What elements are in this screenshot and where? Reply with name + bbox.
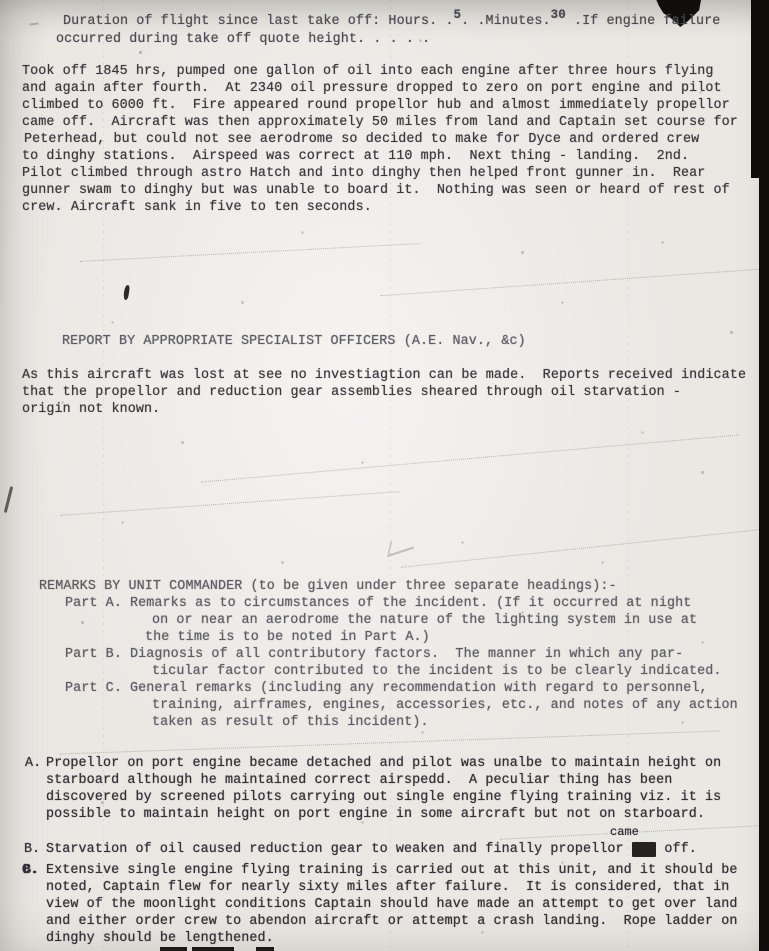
inserted-correction-word: came — [610, 825, 639, 839]
scan-bottom-mark — [192, 947, 234, 951]
finding-b-text: off. — [656, 842, 697, 857]
pencil-tick-mark — [28, 15, 38, 25]
part-a-label: Part A. — [65, 595, 122, 612]
flight-duration-line-2: occurred during take off quote height. .… — [56, 31, 430, 48]
part-c-line: General remarks (including any recommend… — [130, 680, 708, 697]
scan-scratch — [60, 491, 399, 516]
part-a-line: on or near an aerodrome the nature of th… — [152, 612, 697, 629]
ink-blot — [123, 285, 130, 301]
part-b-line: ticular factor contributed to the incide… — [152, 663, 722, 680]
finding-a-line: Propellor on port engine became detached… — [46, 755, 721, 772]
unit-commander-heading: REMARKS BY UNIT COMMANDER (to be given u… — [39, 578, 617, 595]
finding-c-line: noted, Captain flew for nearly sixty mil… — [46, 879, 729, 896]
finding-a-line: discovered by screened pilots carrying o… — [46, 789, 721, 806]
scanned-document-page: Duration of flight since last take off: … — [0, 0, 769, 951]
narrative-line: Peterhead, but could not see aerodrome s… — [24, 131, 699, 148]
scan-edge-bar-top — [751, 0, 759, 178]
part-c-line: taken as result of this incident). — [152, 714, 429, 731]
part-a-line: Remarks as to circumstances of the incid… — [130, 595, 691, 612]
part-a-line: the time is to be noted in Part A.) — [145, 629, 430, 646]
finding-b-line: Starvation of oil caused reduction gear … — [46, 841, 697, 858]
flight-duration-line-1: Duration of flight since last take off: … — [63, 13, 720, 30]
part-b-line: Diagnosis of all contributory factors. T… — [130, 646, 683, 663]
narrative-line: gunner swam to dinghy but was unable to … — [22, 182, 730, 199]
scan-noise-speckles — [0, 0, 1, 1]
narrative-line: climbed to 6000 ft. Fire appeared round … — [22, 97, 730, 114]
pencil-slash-mark — [4, 486, 13, 513]
finding-c-overstruck-label: B. — [23, 862, 39, 879]
specialist-report-line: origin not known. — [22, 401, 160, 418]
scan-scratch — [80, 243, 420, 262]
narrative-line: Pilot climbed through astro Hatch and in… — [22, 165, 705, 182]
scan-bottom-mark — [160, 947, 187, 951]
narrative-line: came off. Aircraft was then approximatel… — [22, 114, 738, 131]
finding-b-label: B. — [24, 841, 40, 858]
flight-duration-text: Duration of flight since last take off: … — [63, 14, 454, 29]
narrative-line: Took off 1845 hrs, pumped one gallon of … — [22, 63, 714, 80]
finding-a-line: possible to maintain height on port engi… — [46, 806, 705, 823]
finding-a-line: starboard although he maintained correct… — [46, 772, 672, 789]
finding-c-line: and either order crew to abendon aircraf… — [46, 913, 738, 930]
pencil-scribble-mark — [387, 533, 417, 557]
hours-value: 5 — [454, 8, 462, 22]
part-c-line: training, airframes, engines, accessorie… — [152, 697, 738, 714]
finding-c-line: dinghy should be lengthened. — [46, 930, 274, 947]
minutes-value: 30 — [551, 8, 566, 22]
finding-c-line: view of the moonlight conditions Captain… — [46, 896, 738, 913]
specialist-report-line: that the propellor and reduction gear as… — [22, 384, 681, 401]
specialist-report-line: As this aircraft was lost at see no inve… — [22, 367, 746, 384]
finding-a-label: A. — [25, 755, 41, 772]
scan-scratch — [201, 434, 739, 482]
flight-duration-text: .If engine failure — [566, 14, 721, 29]
narrative-line: and again after fourth. At 2340 oil pres… — [22, 80, 722, 97]
finding-c-line: Extensive single engine flying training … — [46, 862, 738, 879]
flight-duration-text: . .Minutes. — [461, 14, 551, 29]
narrative-line: to dinghy stations. Airspeed was correct… — [22, 148, 689, 165]
finding-b-text: Starvation of oil caused reduction gear … — [46, 842, 632, 857]
narrative-line: crew. Aircraft sank in five to ten secon… — [22, 199, 372, 216]
part-b-label: Part B. — [65, 646, 122, 663]
scan-scratch — [380, 269, 759, 297]
scan-edge-bar — [759, 0, 769, 951]
part-c-label: Part C. — [65, 680, 122, 697]
specialist-report-heading: REPORT BY APPROPRIATE SPECIALIST OFFICER… — [62, 333, 526, 350]
scan-bottom-mark — [256, 947, 274, 951]
finding-c-label: B.C. — [22, 862, 38, 879]
struck-out-text: mmm — [632, 842, 656, 857]
scan-scratch — [401, 529, 759, 568]
